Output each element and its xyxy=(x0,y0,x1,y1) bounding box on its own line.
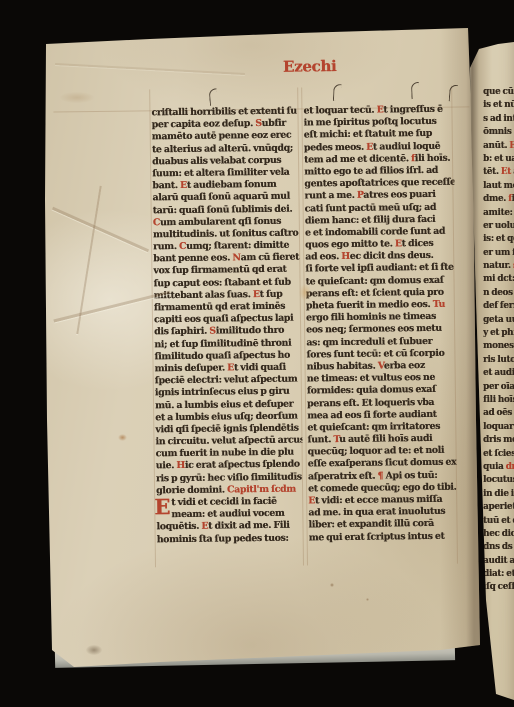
text-line: ad oēs q xyxy=(483,407,514,420)
text-line: hominis ſta ſup pedes tuos: xyxy=(157,532,304,546)
text-line: que cū xyxy=(483,86,514,99)
text-line: dme. fil xyxy=(483,193,514,206)
text-line: ſuum: et altera ſimiliter vela xyxy=(152,166,299,180)
text-line: mi dct: a xyxy=(483,273,514,286)
text-line: hec dicit xyxy=(483,528,514,541)
text-line: anūt. E xyxy=(483,140,514,153)
text-line: dns ds q xyxy=(483,541,514,554)
text-line: er um fo xyxy=(483,247,514,260)
ascender-flourish xyxy=(411,82,420,99)
chapter-initial: E xyxy=(154,495,171,520)
ascender-flourish xyxy=(333,84,342,101)
text-line: aperiet os xyxy=(483,501,514,514)
text-line: audit au xyxy=(483,555,514,568)
text-line: mones xyxy=(483,340,514,353)
text-line: et ſcies xyxy=(483,448,514,461)
text-line: formides: quia domus exaſ xyxy=(307,384,457,398)
text-line: fili hoīs xyxy=(483,394,514,407)
text-line: s ad int xyxy=(483,113,514,126)
parchment-stain xyxy=(330,583,334,587)
text-line: laut me xyxy=(483,180,514,193)
running-title: Ezechi xyxy=(283,57,337,76)
text-line: et quieſcant: qm irritatores xyxy=(307,420,457,434)
page-content: Ezechi criſtalli horribilis et extenti ſ… xyxy=(0,0,514,707)
text-line: n deos t xyxy=(483,287,514,300)
text-line: me qui erat ſcriptus intus et xyxy=(309,530,459,544)
text-line: ſores ſunt tecū: et cū ſcorpio xyxy=(306,347,456,361)
ascender-flourish xyxy=(209,88,218,106)
next-leaf-text: que cūis et nūs ad intōmnisanūt. Eb: et … xyxy=(483,86,514,600)
text-line: ris lutos xyxy=(483,354,514,367)
text-line: is: et qd xyxy=(483,233,514,246)
ascender-flourish xyxy=(449,84,458,102)
text-line: loquar xyxy=(483,421,514,434)
parchment-stain xyxy=(299,284,311,301)
text-line: amite: a xyxy=(483,207,514,220)
manuscript-leaf: Ezechi criſtalli horribilis et extenti ſ… xyxy=(0,0,514,707)
text-line: diat: et q xyxy=(483,568,514,581)
text-line: locutus xyxy=(483,474,514,487)
text-line: ad me. in qua erat inuolutus xyxy=(308,506,458,520)
text-line: b: et ua xyxy=(483,153,514,166)
text-line: quia dns xyxy=(483,461,514,474)
photo-backdrop: Ezechi criſtalli horribilis et extenti ſ… xyxy=(0,0,514,707)
text-line: y et phis xyxy=(483,327,514,340)
text-line: in die illa xyxy=(483,488,514,501)
text-line: et audis xyxy=(483,367,514,380)
text-line: glorie domini. Capitl'm ſcdm xyxy=(156,483,303,497)
text-line: dris mea xyxy=(483,434,514,447)
parchment-stain xyxy=(86,645,102,655)
text-line: natur. s xyxy=(483,260,514,273)
text-line: per oīa xyxy=(483,381,514,394)
parchment-stain xyxy=(60,92,94,103)
parchment-stain xyxy=(118,434,127,441)
text-column-right: et loquar tecū. Et ingreſſus ēin me ſpir… xyxy=(303,104,458,545)
text-line: iſq ceſſ xyxy=(483,581,514,594)
text-line: geta uult xyxy=(483,314,514,327)
text-column-left: criſtalli horribilis et extenti ſuper ca… xyxy=(151,106,303,547)
text-line: ōmnis xyxy=(483,126,514,139)
text-line: tuū et dic xyxy=(483,515,514,528)
text-line: er uolui xyxy=(483,220,514,233)
text-line: is et nū xyxy=(483,99,514,112)
text-line: tēt. Et ap xyxy=(483,166,514,179)
text-line: eos neq; ſermones eos metu xyxy=(306,323,456,337)
parchment-stain xyxy=(366,598,369,601)
text-line: def ferm xyxy=(483,300,514,313)
